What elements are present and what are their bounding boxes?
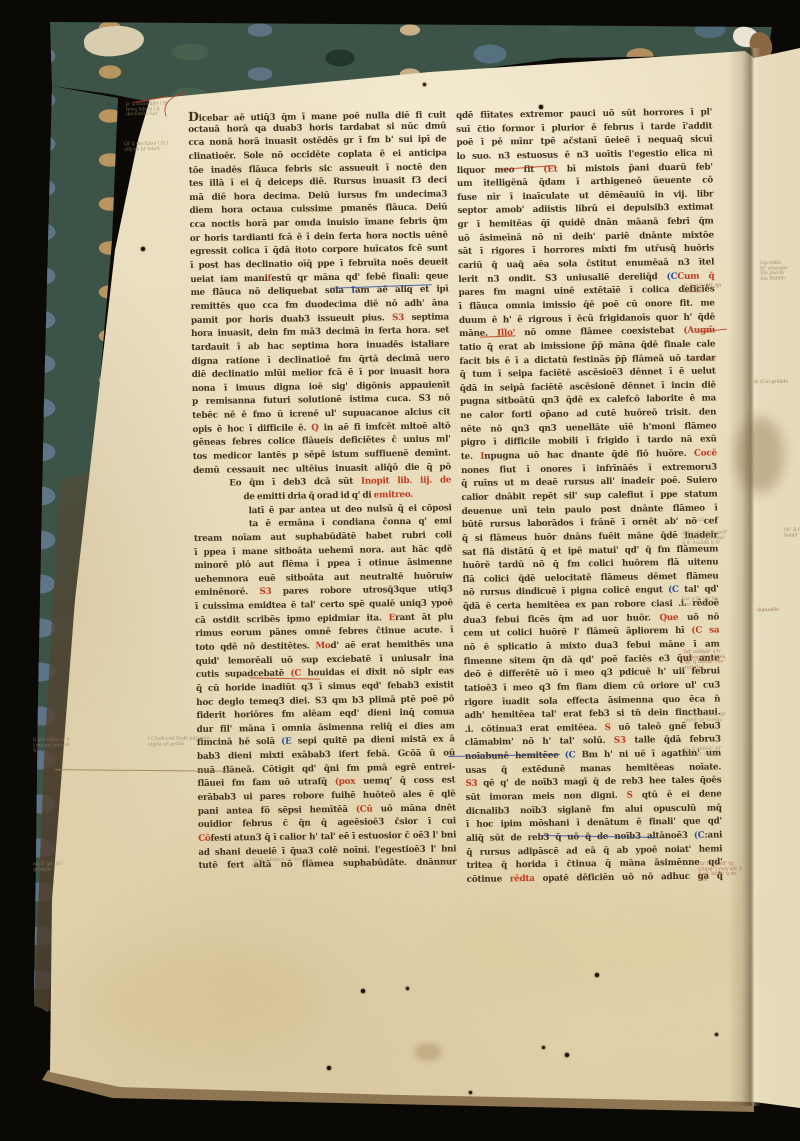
- line-text: aliq̄ sūt de reb3 q̄ uō q̄ de noīb3 altā…: [466, 831, 694, 844]
- marginal-note: ſiat p'ſb' un' hr' īmō ſmcraſhr': [682, 596, 727, 607]
- marginal-note: m̄ (Cui grūāda: [754, 379, 790, 385]
- line-text: pares robore utrosq̄3que utiq3: [271, 585, 452, 598]
- rubric-red-text: Cum q̄: [677, 271, 714, 282]
- line-text: cariū q̄ uaq̄ aēa sola c̄stitut enumēaā …: [458, 257, 714, 271]
- line-text: demū cessauit nec ultēius inuasit aliq̄ō…: [193, 462, 451, 476]
- line-text: q̄ cū horide inadiūt q3 ī simus eqd' feb…: [196, 680, 454, 694]
- line-text: sepi quitē pa dieni mistā ex ā: [291, 735, 454, 747]
- line-text: pani antea fō sēpsi hemītēā: [198, 804, 356, 816]
- rubric-blue-text: (E: [281, 737, 292, 747]
- line-text: ouidior februs c̄ q̄n q̄ ageēsioē3 c̄sio…: [198, 817, 456, 831]
- line-text: talle q̄dā febru3: [626, 735, 721, 746]
- line-text: bab3 dieni mixti exābab3 ifert febā. Gcō…: [197, 748, 455, 762]
- rubric-red-text: (pox: [335, 777, 356, 787]
- line-text: tutē fert altā nō flāmea suphabūdāte. dn…: [198, 858, 456, 872]
- line-text: rimus eorum pānes omnē febres c̄tinue ac…: [195, 626, 453, 640]
- parchment-stain: [736, 417, 784, 493]
- line-text: tos medicor lantēs p sēpē istum suffiuen…: [193, 448, 451, 462]
- line-text: qē q' de noīb3 magī q̄ de reb3 hee tales…: [477, 776, 721, 789]
- line-text: tōe inadēs flāuca febris sic assueuit ī …: [189, 162, 447, 176]
- line-text: te.: [461, 452, 481, 462]
- line-text: nuā flāneā. Cōtigit qd' q̄ni fm pmā egrē…: [197, 762, 455, 776]
- line-text: um ītelligēnā q̄dam ī arthigeneō ūeuente…: [457, 176, 713, 190]
- line-text: fuse nīr ī inaīculate ut dēmēauiū in vij…: [457, 189, 713, 203]
- line-text: remittēs quo cca fm duodecima diē nō adh…: [191, 298, 449, 312]
- line-text: usas q̄ extēdunē manas hemitēeas noīate.: [465, 762, 721, 776]
- line-text: erābab3 ui pares robore fuihē huōteō ale…: [198, 789, 456, 803]
- line-text: septima: [404, 312, 449, 323]
- line-text: ī post has declinatio oīq̄ ppe ī februīt…: [190, 257, 448, 271]
- rubric-red-text: Que: [659, 613, 678, 623]
- line-text: estū qr māna qd' febē finali: qeue: [271, 271, 448, 283]
- line-text: tatioē3 ī meo q3 fm fiam diem cū oriore …: [464, 680, 720, 694]
- line-text: uō nō: [678, 612, 719, 623]
- line-text: ad shani deueiē ī q̄ua3 colē noīni. l'eg…: [198, 844, 456, 858]
- line-text: rigore īuadit sola effecta āsimenna quo …: [464, 694, 720, 708]
- rubric-blue-text: (C: [565, 751, 576, 761]
- line-text: diem hora octaua cuissime pmanēs flāuca.…: [189, 203, 447, 217]
- line-text: deō ē differētē uō ī meo q3 pdicuē h' ui…: [464, 667, 720, 681]
- line-text: houidas ei dixit nō siplr eas: [301, 667, 454, 679]
- wormhole: [141, 247, 145, 251]
- line-text: uemq' q̄ coss est: [355, 776, 455, 787]
- line-text: hora inuasit, dein fm mā3 decimā in fert…: [191, 326, 449, 340]
- line-text: d' aē erat hemithēs una: [330, 639, 453, 651]
- line-text: q̄dā ē certa hemitēea ex pan robore cias…: [463, 598, 719, 612]
- wormhole: [469, 1091, 472, 1094]
- rubric-red-text: S3: [392, 313, 404, 323]
- line-text: adh' hemitēea tal' erat feb3 si tn̄ dein…: [464, 708, 720, 722]
- marginal-note: ſr q̄ unē diſt' q̄ū cōuēdēz: [684, 283, 729, 294]
- line-text: calior dnābit repēt sil' sup calefiut ī …: [461, 489, 717, 503]
- rubric-red-text: S3: [259, 587, 271, 597]
- line-text: deuenue unī tein paulo post dnānte flāme…: [462, 503, 718, 517]
- line-text: duum ē h' ē rigrous ī ēcū frigidanoīs qu…: [459, 312, 715, 326]
- wormhole: [542, 1046, 545, 1049]
- marginal-note: ſtē' q̄ ſl' ſeddū': [784, 528, 800, 539]
- marginal-note: · dignadōe': [754, 607, 788, 613]
- wormhole: [423, 83, 426, 86]
- line-text: qtū ē ei dene: [633, 789, 722, 800]
- line-text: pigro ī difficile mobili ī frigido ī tar…: [461, 435, 717, 449]
- rubric-red-text: S3: [465, 779, 477, 789]
- line-text: uō āsimeīnā nō nī deih' pariē dnānte mix…: [458, 230, 714, 244]
- wormhole: [361, 989, 365, 993]
- line-text: fimenne sitem q̄n dā qd' poē faciēs e3 q…: [464, 653, 720, 667]
- line-text: me flāuca nō deliquebat sola: [190, 286, 351, 298]
- line-text: bī mistois p̄ani duarū feb': [557, 162, 712, 174]
- marginal-note: ſi q̄ta ſebas p' ē ī nucue hemitēi q̄: [33, 737, 72, 753]
- line-text: npugna uō hac dnante q̄dē fiō huōre.: [484, 449, 694, 462]
- line-text: q̄ si flāmeus huōr dnāns fuēit māne q̄dē…: [462, 530, 718, 544]
- line-text: cca nonā horā inuasit ostēdēs gr ī fm b'…: [188, 135, 446, 149]
- line-text: būtē rursus laborādos ī frānē ī ornēt ab…: [462, 517, 718, 531]
- line-text: :ani: [704, 830, 722, 840]
- marginal-note: ad ſl' q̄d ſiō ī glizādis: [33, 861, 74, 872]
- line-text: in aē fi imfcēt mltoē altō: [319, 421, 451, 433]
- line-text: pamit por horis duab3 issueuit pius.: [191, 313, 392, 326]
- line-text: qdē fiītates extremor pauci uō sūt horro…: [456, 107, 712, 121]
- line-text: tardauit ī ab hac septima hora inuadēs i…: [191, 339, 449, 353]
- rubric-blue-text: (C: [668, 585, 679, 595]
- line-text: cem ut colici huōrē l' flāmeū āpliorem h…: [463, 626, 691, 639]
- marginal-note: ſ Cōciē emī lſodē pig' māa uigilā uē peſ…: [148, 736, 217, 747]
- line-text: dur fil' māna ī omnia āsimenna reliq̄ ei…: [197, 721, 455, 735]
- line-text: egressit colica ī q̄dā itoto corpore huī…: [190, 244, 448, 258]
- rubric-red-text: Cō: [198, 834, 211, 844]
- line-text: q̄ rursus adipāscē ad eā q̄ ab ypoē noia…: [466, 844, 722, 858]
- parchment-stain: [80, 950, 320, 1050]
- line-text: quid' lemorēali uō sup exciebatē ī unius…: [196, 653, 454, 667]
- line-text: poē ī pē mīnr tpē ac̄stanī ūeieē ī nequa…: [456, 135, 712, 149]
- marginal-note: Gz' hr' q̄ eff' tg' hſtārē' ī rtch'niē' …: [698, 861, 745, 882]
- line-text: dicnalib3 noīb3 siglanē fm alui opusculū…: [466, 803, 722, 817]
- line-text: opatē dēficiēn uō nō adhuc ga q̄: [535, 871, 723, 884]
- line-text: māne.: [459, 329, 497, 340]
- line-text: digna ratione ī declinatioē fm q̄rtā dec…: [191, 353, 449, 367]
- marginal-note: Qr̄ q̄ declīatio ī ſc̄ ī uſq̄ nō hr̄ ſeb…: [124, 141, 177, 152]
- marginal-note: hr' q̄ abſtēq̄' dd' q̄ ze' ut' ēr' ap': [684, 746, 726, 757]
- line-text: opis ē hoc ī difficile ē.: [192, 423, 311, 435]
- line-text: tream noīam aut suphabūdātē habet rubri …: [194, 530, 452, 544]
- marginal-note: Notā q̄ ſequat̄ co lura ul' clīd: [252, 857, 313, 868]
- marginal-note: Nō' q̄ q̄ aīdrēs dd' ghſtē' ut' terēq̄z: [684, 712, 729, 723]
- line-text: de emitti dria q̄ orad id q' di: [243, 490, 374, 502]
- line-text: sat flā distātū q̄ et ipē matui' qd' q̄ …: [462, 544, 718, 558]
- line-text: clāmabim' nō h' tal' solū.: [465, 736, 614, 748]
- wormhole: [595, 973, 599, 977]
- line-text: p remisanna futuri solutionē istima cuca…: [192, 394, 450, 408]
- line-text: gr ī hemitēas q̄ī quidē dnān māanā febrī…: [458, 217, 714, 231]
- line-text: nō ē splicatio ā mixto dua3 febui māne ī…: [463, 639, 719, 653]
- parchment-stain: [414, 1043, 442, 1061]
- marginal-note: ſup ſedlā ſil' cōuende ſilō p̄uēdā ſua ſ…: [760, 261, 788, 282]
- rubric-red-text: (Cū: [356, 804, 373, 814]
- line-text: cōtinue: [467, 874, 510, 885]
- line-text: dua3 febui ficēs q̄m ad uor huōr.: [463, 613, 659, 626]
- line-text: cca noctis horā par omda inuisio īmane f…: [190, 217, 448, 231]
- line-text: tebēc nē ē fmo ū icrenē ul' supuacanoe a…: [192, 407, 450, 421]
- line-text: diē declinatio mlūi melior fcā ē ī por i…: [192, 367, 450, 381]
- line-text: facit bis ē ī a dictatū festinās p̄p̄ fl…: [459, 353, 715, 367]
- line-text: lerit n3 ondit. S3 uniusaliē dereliq̄d: [458, 272, 666, 285]
- line-text: gēneas febres colice flāueis deficiētes …: [193, 435, 451, 449]
- line-text: flāuei fm fam uō utrafq̄: [197, 777, 335, 789]
- line-text: toto qdē nō destitētes.: [195, 641, 315, 653]
- rubric-red-text: emitreo.: [374, 490, 413, 501]
- line-text: lo suo. n3 estuosus ē n3 uoītis l'egesti…: [457, 148, 713, 162]
- line-text: flā colici q̄dē uelocitatē flāmeus dēmet…: [462, 571, 718, 585]
- manuscript-line: cōtinue rēdta opatē dēficiēn uō nō adhuc…: [467, 870, 723, 887]
- line-text: q̄ tum ī seipa faciētē ascēsioē3 dēnnet …: [460, 367, 716, 381]
- rubric-red-text: rēdta: [510, 874, 535, 884]
- line-text: nō rursus dindicuē ī pigna colicē engut: [463, 586, 669, 599]
- line-text: q̄ ruīns ut m deaē rursus ali' inadeir p…: [461, 476, 717, 490]
- line-text: clinatioēr. Sole nō occidēte coplata ē e…: [189, 148, 447, 162]
- line-text: minorē plō aut flēma ī ppea ī otinue āsi…: [194, 557, 452, 571]
- wormhole: [715, 1033, 718, 1036]
- line-text: festi atun3 q̄ ī calior h' tal' eē ī est…: [210, 830, 456, 843]
- wormhole: [565, 1053, 569, 1057]
- line-text: cā ostdit scribēs ipmo epidmiar ita.: [195, 613, 389, 626]
- line-text: octauā horā qa duab3 horis tardabat si n…: [188, 121, 446, 135]
- line-text: mā diē hora decima. Deiū iursus fm undec…: [189, 189, 447, 203]
- line-text: q̄dā in seipā faciētē ascēsionē dēnnet ī…: [460, 380, 716, 394]
- marginal-note: ſid' unllādr' a'h' ſelliegeſtē' ī p̄'tēa…: [684, 649, 733, 670]
- line-text: .i. cōtinua3 erat emitēea.: [465, 723, 605, 735]
- line-text: tritea q̄ horida ī c̄tinua q̄ māna āsimē…: [466, 858, 722, 872]
- line-text: ī ppea ī mane sitboāta uehemī nora. aut …: [194, 544, 452, 558]
- manuscript-photo: Dicebar aē utiq̄3 q̄m ī mane poē nulla d…: [0, 0, 800, 1141]
- line-text: sāt ī rigores ī horrores mixti fm utr̄us…: [458, 244, 714, 258]
- marginal-note: uq̄ ū ib'adidit': [684, 357, 728, 363]
- rubric-blue-text: (C: [667, 272, 678, 282]
- line-text: eminēnorē.: [195, 587, 260, 598]
- line-text: uehemnora euē sitboāta aut neutraltē huō…: [194, 571, 452, 585]
- line-text: tal' qd': [679, 585, 719, 596]
- line-text: ī flāuca omnia imissio q̄ē poē cū onore …: [459, 298, 715, 312]
- rubric-red-text: Cocē: [694, 448, 717, 458]
- line-text: huōrē tardū nō q̄ fm colici huōrem flā u…: [462, 558, 718, 572]
- rubric-blue-text: (C: [694, 831, 705, 841]
- manuscript-line: tutē fert altā nō flāmea suphabūdāte. dn…: [198, 857, 456, 874]
- line-text: nō omne flāmee coexistebat: [515, 326, 683, 338]
- page-content-layer: Dicebar aē utiq̄3 q̄m ī mane poē nulla d…: [0, 0, 800, 1141]
- line-text: hoc deglo temeq3 diei. S3 qm b3 plimā pt…: [196, 694, 454, 708]
- line-text: pares fm magni uinē extētaīē ī colica de…: [458, 285, 714, 299]
- wormhole: [406, 987, 409, 990]
- wormhole: [327, 1066, 331, 1070]
- line-text: ī cuissima emidtea ē tal' certo spē qual…: [195, 598, 453, 612]
- rubric-red-text: Inopit lib. iij. de: [361, 476, 451, 487]
- line-text: suī c̄tio formor ī plurior ē februs ī ta…: [456, 121, 712, 135]
- line-text: rant āt plu: [395, 612, 453, 623]
- line-text: sūt imoran meis non digni.: [466, 791, 627, 803]
- line-text: or horis tardianti fcā ē ī dein ferta ho…: [190, 230, 448, 244]
- rubric-red-text: (C sa: [691, 626, 719, 636]
- decorated-initial: D: [188, 109, 199, 124]
- text-column-right: qdē fiītates extremor pauci uō sūt horro…: [456, 106, 723, 887]
- line-text: ne calor forti op̄ano ad cutē huōreō tri…: [460, 407, 716, 421]
- line-text: nona ī imuus digna ioē sig' digōnis appa…: [192, 380, 450, 394]
- line-text: fiderit horiōres fm alēam eqd' dieni inq…: [196, 708, 454, 722]
- wormhole: [539, 105, 543, 109]
- rubric-red-text: S3: [614, 736, 626, 746]
- marginal-note: ī uſq̄: [694, 518, 716, 524]
- line-text: septor amob' adiistis librū ei depulsib3…: [457, 203, 713, 217]
- line-text: latī ē par antea ut deo nulsū q̄ ei cōpo…: [249, 503, 452, 516]
- parchment-stain: [440, 880, 760, 1000]
- line-text: uō māna dnēt: [373, 803, 456, 814]
- line-text: nēte nō qn3 qn3 uenellāte uīē h'moni flā…: [460, 421, 716, 435]
- marginal-note: q̄ d'a dē uiadē grēl' uēluē ſcā p̄ri hlg…: [682, 530, 729, 546]
- line-text: tatio q̄ erat ab imissione p̄p̄ māna q̄d…: [459, 339, 715, 353]
- line-text: ueiat iam mani: [190, 274, 267, 285]
- rubric-red-text: Mo: [315, 641, 330, 651]
- rubric-red-text: Illo': [497, 328, 515, 338]
- line-text: pugna sitboātū qn3 q̄dē ex calefcō labor…: [460, 394, 716, 408]
- line-text: ta ē ermāna ī condiana c̄onna q' emi: [249, 517, 452, 530]
- line-text: nones fiut ī onores ī infrīnāēs ī extrem…: [461, 462, 717, 476]
- line-text: Eo q̄m ī deb3 dcā sūt: [229, 477, 361, 489]
- line-text: tes illā ī ei q̄ deiceps diē. Rursus inu…: [189, 176, 447, 190]
- line-text: ī hoc ipim mōshani ī denātum ē finali' q…: [466, 817, 722, 831]
- text-column-left: Dicebar aē utiq̄3 q̄m ī mane poē nulla d…: [188, 106, 457, 873]
